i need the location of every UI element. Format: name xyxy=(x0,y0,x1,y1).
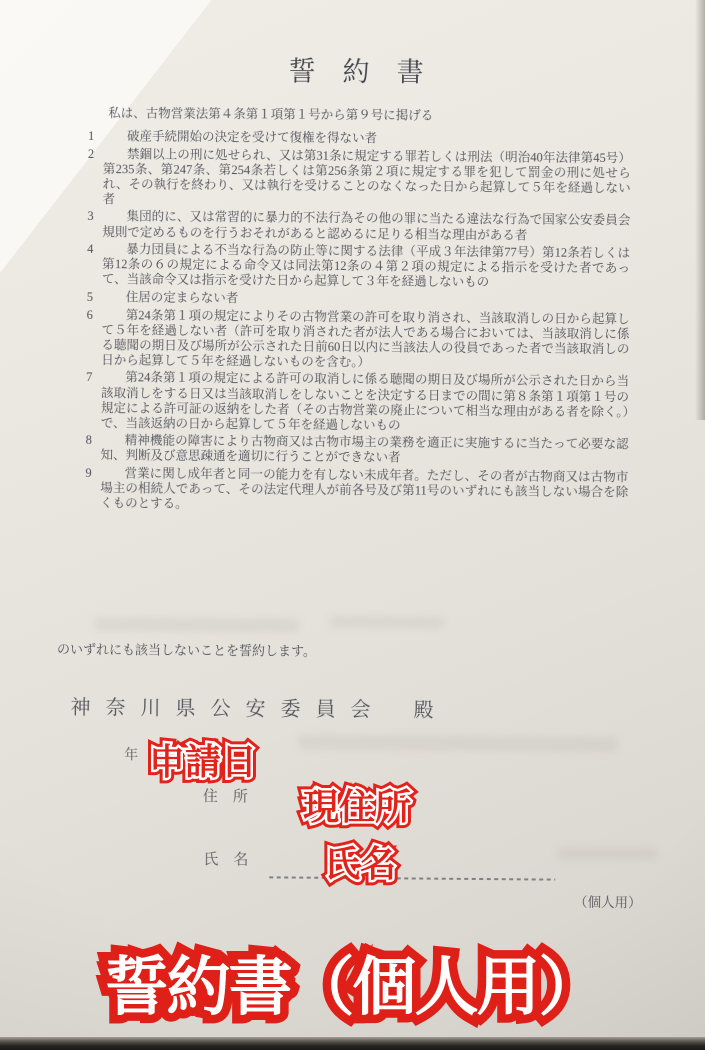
item-text: 禁錮以上の刑に処せられ、又は第31条に規定する罪若しくは刑法（明治40年法律第4… xyxy=(102,147,630,206)
item-number: 4 xyxy=(87,242,101,257)
item-text: 破産手続開始の決定を受けて復権を得ない者 xyxy=(127,129,377,145)
list-item: 4暴力団員による不当な行為の防止等に関する法律（平成３年法律第77号）第12条若… xyxy=(102,242,630,291)
list-item: 8精神機能の障害により古物商又は古物市場主の業務を適正に実施するに当たって必要な… xyxy=(100,433,628,467)
annotation-name: 氏名 xyxy=(324,836,396,887)
item-number: 9 xyxy=(85,466,99,481)
item-number: 7 xyxy=(86,370,100,385)
addressee-name: 神奈川県公安委員会 xyxy=(70,697,385,721)
closing-line: のいずれにも該当しないことを誓約します。 xyxy=(57,639,316,660)
honorific: 殿 xyxy=(413,699,448,721)
list-item: 3集団的に、又は常習的に暴力的不法行為その他の罪に当たる違法な行為で国家公安委員… xyxy=(102,209,630,243)
name-label: 氏 名 xyxy=(203,848,248,869)
item-text: 精神機能の障害により古物商又は古物市場主の業務を適正に実施するに当たって必要な認… xyxy=(100,433,628,464)
caption-title: 誓約書（個人用） xyxy=(105,936,601,1028)
item-number: 5 xyxy=(87,290,101,305)
list-item: 9営業に関し成年者と同一の能力を有しない未成年者。ただし、その者が古物商又は古物… xyxy=(100,466,628,515)
item-number: 1 xyxy=(88,129,102,144)
item-list: 1破産手続開始の決定を受けて復権を得ない者 2禁錮以上の刑に処せられ、又は第31… xyxy=(100,129,631,518)
item-number: 2 xyxy=(88,147,102,162)
list-item: 7第24条第１項の規定による許可の取消しに係る聴聞の期日及び場所が公示された日か… xyxy=(101,370,629,435)
usage-note: （個人用） xyxy=(574,891,642,912)
item-text: 第24条第１項の規定による許可の取消しに係る聴聞の期日及び場所が公示された日から… xyxy=(101,371,629,432)
item-number: 6 xyxy=(87,307,101,322)
annotation-current-address: 現住所 xyxy=(303,779,411,830)
desk-edge xyxy=(0,1037,705,1050)
item-number: 3 xyxy=(87,209,101,224)
document-sheet: 誓 約 書 私は、古物営業法第４条第１項第１号から第９号に掲げる 1破産手続開始… xyxy=(0,0,705,1050)
item-text: 住居の定まらない者 xyxy=(126,290,239,305)
showthrough-smudge xyxy=(94,617,299,633)
name-dotted-line xyxy=(269,876,555,880)
item-number: 8 xyxy=(86,433,100,448)
document-title: 誓 約 書 xyxy=(3,47,705,92)
list-item: 1破産手続開始の決定を受けて復権を得ない者 xyxy=(103,129,631,148)
annotation-application-date: 申請日 xyxy=(149,734,257,785)
list-item: 6第24条第１項の規定によりその古物営業の許可を取り消され、当該取消しの日から起… xyxy=(101,308,629,373)
photo-background: 誓 約 書 私は、古物営業法第４条第１項第１号から第９号に掲げる 1破産手続開始… xyxy=(0,0,705,1050)
list-item: 2禁錮以上の刑に処せられ、又は第31条に規定する罪若しくは刑法（明治40年法律第… xyxy=(102,147,630,212)
item-text: 第24条第１項の規定によりその古物営業の許可を取り消され、当該取消しの日から起算… xyxy=(101,308,629,369)
addressee-line: 神奈川県公安委員会殿 xyxy=(70,691,448,723)
item-text: 集団的に、又は常習的に暴力的不法行為その他の罪に当たる違法な行為で国家公安委員会… xyxy=(102,210,630,242)
showthrough-smudge xyxy=(298,735,618,753)
intro-line: 私は、古物営業法第４条第１項第１号から第９号に掲げる xyxy=(108,103,433,124)
year-label: 年 xyxy=(124,744,138,764)
item-text: 営業に関し成年者と同一の能力を有しない未成年者。ただし、その者が古物商又は古物市… xyxy=(100,466,628,511)
showthrough-smudge xyxy=(329,616,444,629)
showthrough-smudge xyxy=(557,847,657,861)
item-text: 暴力団員による不当な行為の防止等に関する法律（平成３年法律第77号）第12条若し… xyxy=(102,242,630,289)
list-item: 5住居の定まらない者 xyxy=(102,290,630,309)
address-label: 住 所 xyxy=(203,785,248,806)
caption-row: 誓約書（個人用） xyxy=(0,936,705,1028)
